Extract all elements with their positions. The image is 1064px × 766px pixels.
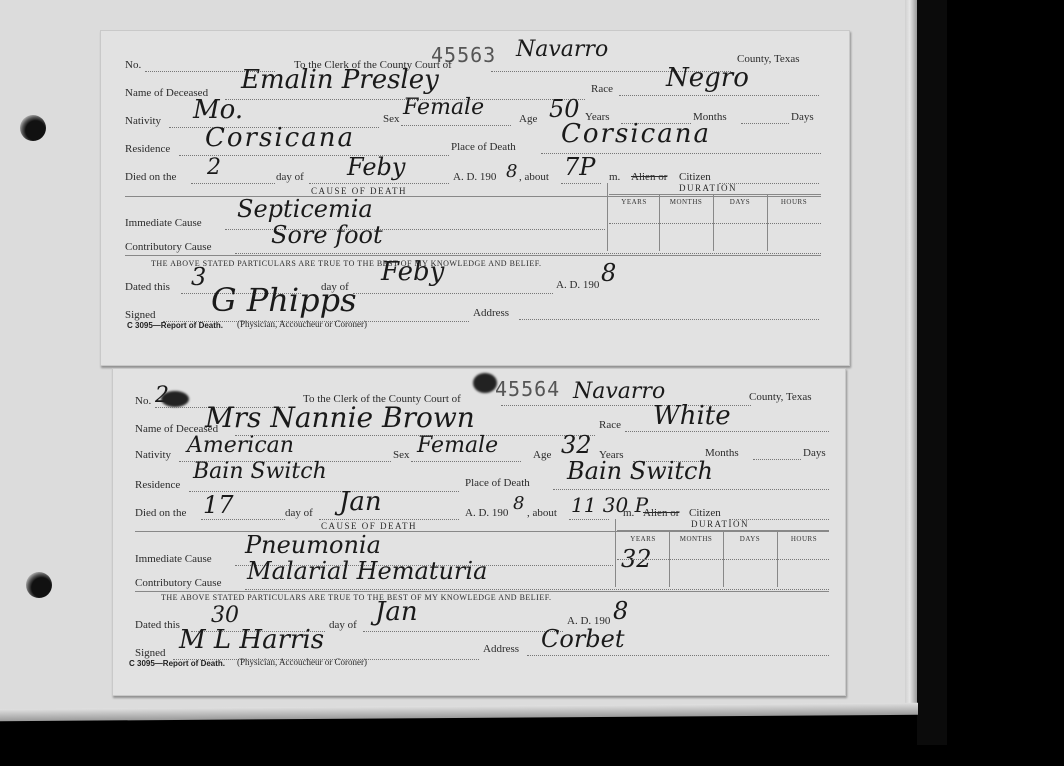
days-label: Days bbox=[791, 111, 814, 123]
contributory-cause-label: Contributory Cause bbox=[135, 577, 221, 589]
sex-value: Female bbox=[417, 433, 498, 458]
time-value: 11 30 P bbox=[571, 493, 648, 517]
ink-smudge bbox=[473, 373, 497, 393]
duration-hours-header: HOURS bbox=[767, 198, 821, 206]
age-label: Age bbox=[533, 449, 551, 461]
day-of-label: day of bbox=[276, 171, 304, 183]
signed-label: Signed bbox=[135, 647, 166, 659]
duration-heading: DURATION bbox=[679, 183, 737, 193]
dated-this-label: Dated this bbox=[135, 619, 180, 631]
deceased-name: Emalin Presley bbox=[241, 65, 439, 95]
residence-label: Residence bbox=[135, 479, 180, 491]
binder-hole-icon bbox=[26, 572, 52, 598]
died-on-label: Died on the bbox=[125, 171, 176, 183]
county-texas-label: County, Texas bbox=[749, 391, 811, 403]
dated-year-value: 8 bbox=[613, 597, 628, 625]
duration-months-header: MONTHS bbox=[669, 535, 723, 543]
duration-years-header: YEARS bbox=[617, 535, 669, 543]
sex-label: Sex bbox=[393, 449, 410, 461]
duration-hours-header: HOURS bbox=[777, 535, 831, 543]
attestation-text: THE ABOVE STATED PARTICULARS ARE TRUE TO… bbox=[161, 593, 552, 602]
about-label: , about bbox=[519, 171, 549, 183]
dated-month-value: Feby bbox=[381, 257, 444, 287]
contributory-cause-label: Contributory Cause bbox=[125, 241, 211, 253]
death-certificate-2: 45564 No. 2 To the Clerk of the County C… bbox=[112, 368, 846, 696]
about-label: , about bbox=[527, 507, 557, 519]
address-value: Corbet bbox=[541, 625, 625, 653]
county-value: Navarro bbox=[573, 379, 665, 404]
duration-years-header: YEARS bbox=[609, 198, 659, 206]
citizen-label: Citizen bbox=[689, 507, 721, 519]
immediate-cause-value: Septicemia bbox=[237, 195, 373, 223]
address-label: Address bbox=[473, 307, 509, 319]
duration-months-header: MONTHS bbox=[659, 198, 713, 206]
place-of-death-label: Place of Death bbox=[465, 477, 530, 489]
dated-year-value: 8 bbox=[601, 259, 616, 287]
dated-this-label: Dated this bbox=[125, 281, 170, 293]
dated-ad-label: A. D. 190 bbox=[556, 279, 599, 291]
race-label: Race bbox=[599, 419, 621, 431]
signer-role-label: (Physician, Accoucheur or Coroner) bbox=[237, 319, 367, 329]
sex-label: Sex bbox=[383, 113, 400, 125]
duration-heading: DURATION bbox=[691, 519, 749, 529]
age-label: Age bbox=[519, 113, 537, 125]
signer-role-label: (Physician, Accoucheur or Coroner) bbox=[237, 657, 367, 667]
no-label: No. bbox=[125, 59, 141, 71]
no-label: No. bbox=[135, 395, 151, 407]
signature-value: M L Harris bbox=[179, 625, 324, 655]
signed-label: Signed bbox=[125, 309, 156, 321]
died-year-value: 8 bbox=[513, 493, 524, 514]
residence-value: Bain Switch bbox=[193, 459, 327, 484]
contributory-cause-value: Sore foot bbox=[271, 221, 383, 249]
died-month-value: Jan bbox=[339, 487, 382, 517]
sex-value: Female bbox=[403, 95, 484, 120]
residence-value: Corsicana bbox=[205, 123, 355, 153]
nativity-label: Nativity bbox=[135, 449, 171, 461]
dated-day-value: 3 bbox=[191, 263, 206, 291]
deceased-name: Mrs Nannie Brown bbox=[205, 401, 475, 434]
died-day-value: 17 bbox=[203, 491, 234, 519]
nativity-label: Nativity bbox=[125, 115, 161, 127]
attestation-text: THE ABOVE STATED PARTICULARS ARE TRUE TO… bbox=[151, 259, 542, 268]
ad-label: A. D. 190 bbox=[453, 171, 496, 183]
died-on-label: Died on the bbox=[135, 507, 186, 519]
age-years-value: 32 bbox=[561, 431, 592, 459]
m-label: m. bbox=[623, 507, 634, 519]
address-label: Address bbox=[483, 643, 519, 655]
place-of-death-value: Bain Switch bbox=[567, 457, 713, 485]
m-label: m. bbox=[609, 171, 620, 183]
immediate-cause-label: Immediate Cause bbox=[125, 217, 202, 229]
dated-month-value: Jan bbox=[375, 597, 418, 627]
form-number: C 3095—Report of Death. bbox=[129, 659, 225, 668]
nativity-value: American bbox=[187, 433, 294, 458]
alien-or-label: Alien or bbox=[643, 507, 679, 519]
cause-of-death-heading: CAUSE OF DEATH bbox=[321, 521, 417, 531]
immediate-cause-value: Pneumonia bbox=[245, 531, 381, 559]
residence-label: Residence bbox=[125, 143, 170, 155]
signature-value: G Phipps bbox=[211, 281, 357, 319]
day-of-label: day of bbox=[285, 507, 313, 519]
certificate-stamp-number: 45564 bbox=[495, 377, 560, 401]
time-value: 7P bbox=[564, 153, 595, 181]
ink-smudge bbox=[161, 391, 189, 407]
county-value: Navarro bbox=[516, 37, 608, 62]
alien-or-label: Alien or bbox=[631, 171, 667, 183]
dated-day-of-label: day of bbox=[329, 619, 357, 631]
form-number: C 3095—Report of Death. bbox=[127, 321, 223, 330]
page-edge bbox=[905, 0, 917, 712]
died-day-value: 2 bbox=[207, 155, 221, 180]
duration-days-header: DAYS bbox=[723, 535, 777, 543]
place-of-death-value: Corsicana bbox=[561, 119, 711, 149]
race-label: Race bbox=[591, 83, 613, 95]
immediate-cause-label: Immediate Cause bbox=[135, 553, 212, 565]
contributory-cause-value: Malarial Hematuria bbox=[247, 557, 487, 585]
died-year-value: 8 bbox=[506, 161, 517, 182]
race-value: White bbox=[653, 401, 731, 431]
race-value: Negro bbox=[666, 63, 749, 93]
died-month-value: Feby bbox=[347, 153, 405, 181]
nativity-value: Mo. bbox=[193, 95, 243, 125]
ad-label: A. D. 190 bbox=[465, 507, 508, 519]
death-certificate-1: 45563 No. To the Clerk of the County Cou… bbox=[100, 30, 850, 366]
citizen-label: Citizen bbox=[679, 171, 711, 183]
duration-days-header: DAYS bbox=[713, 198, 767, 206]
scan-background bbox=[917, 0, 947, 745]
place-of-death-label: Place of Death bbox=[451, 141, 516, 153]
binder-hole-icon bbox=[20, 115, 46, 141]
days-label: Days bbox=[803, 447, 826, 459]
